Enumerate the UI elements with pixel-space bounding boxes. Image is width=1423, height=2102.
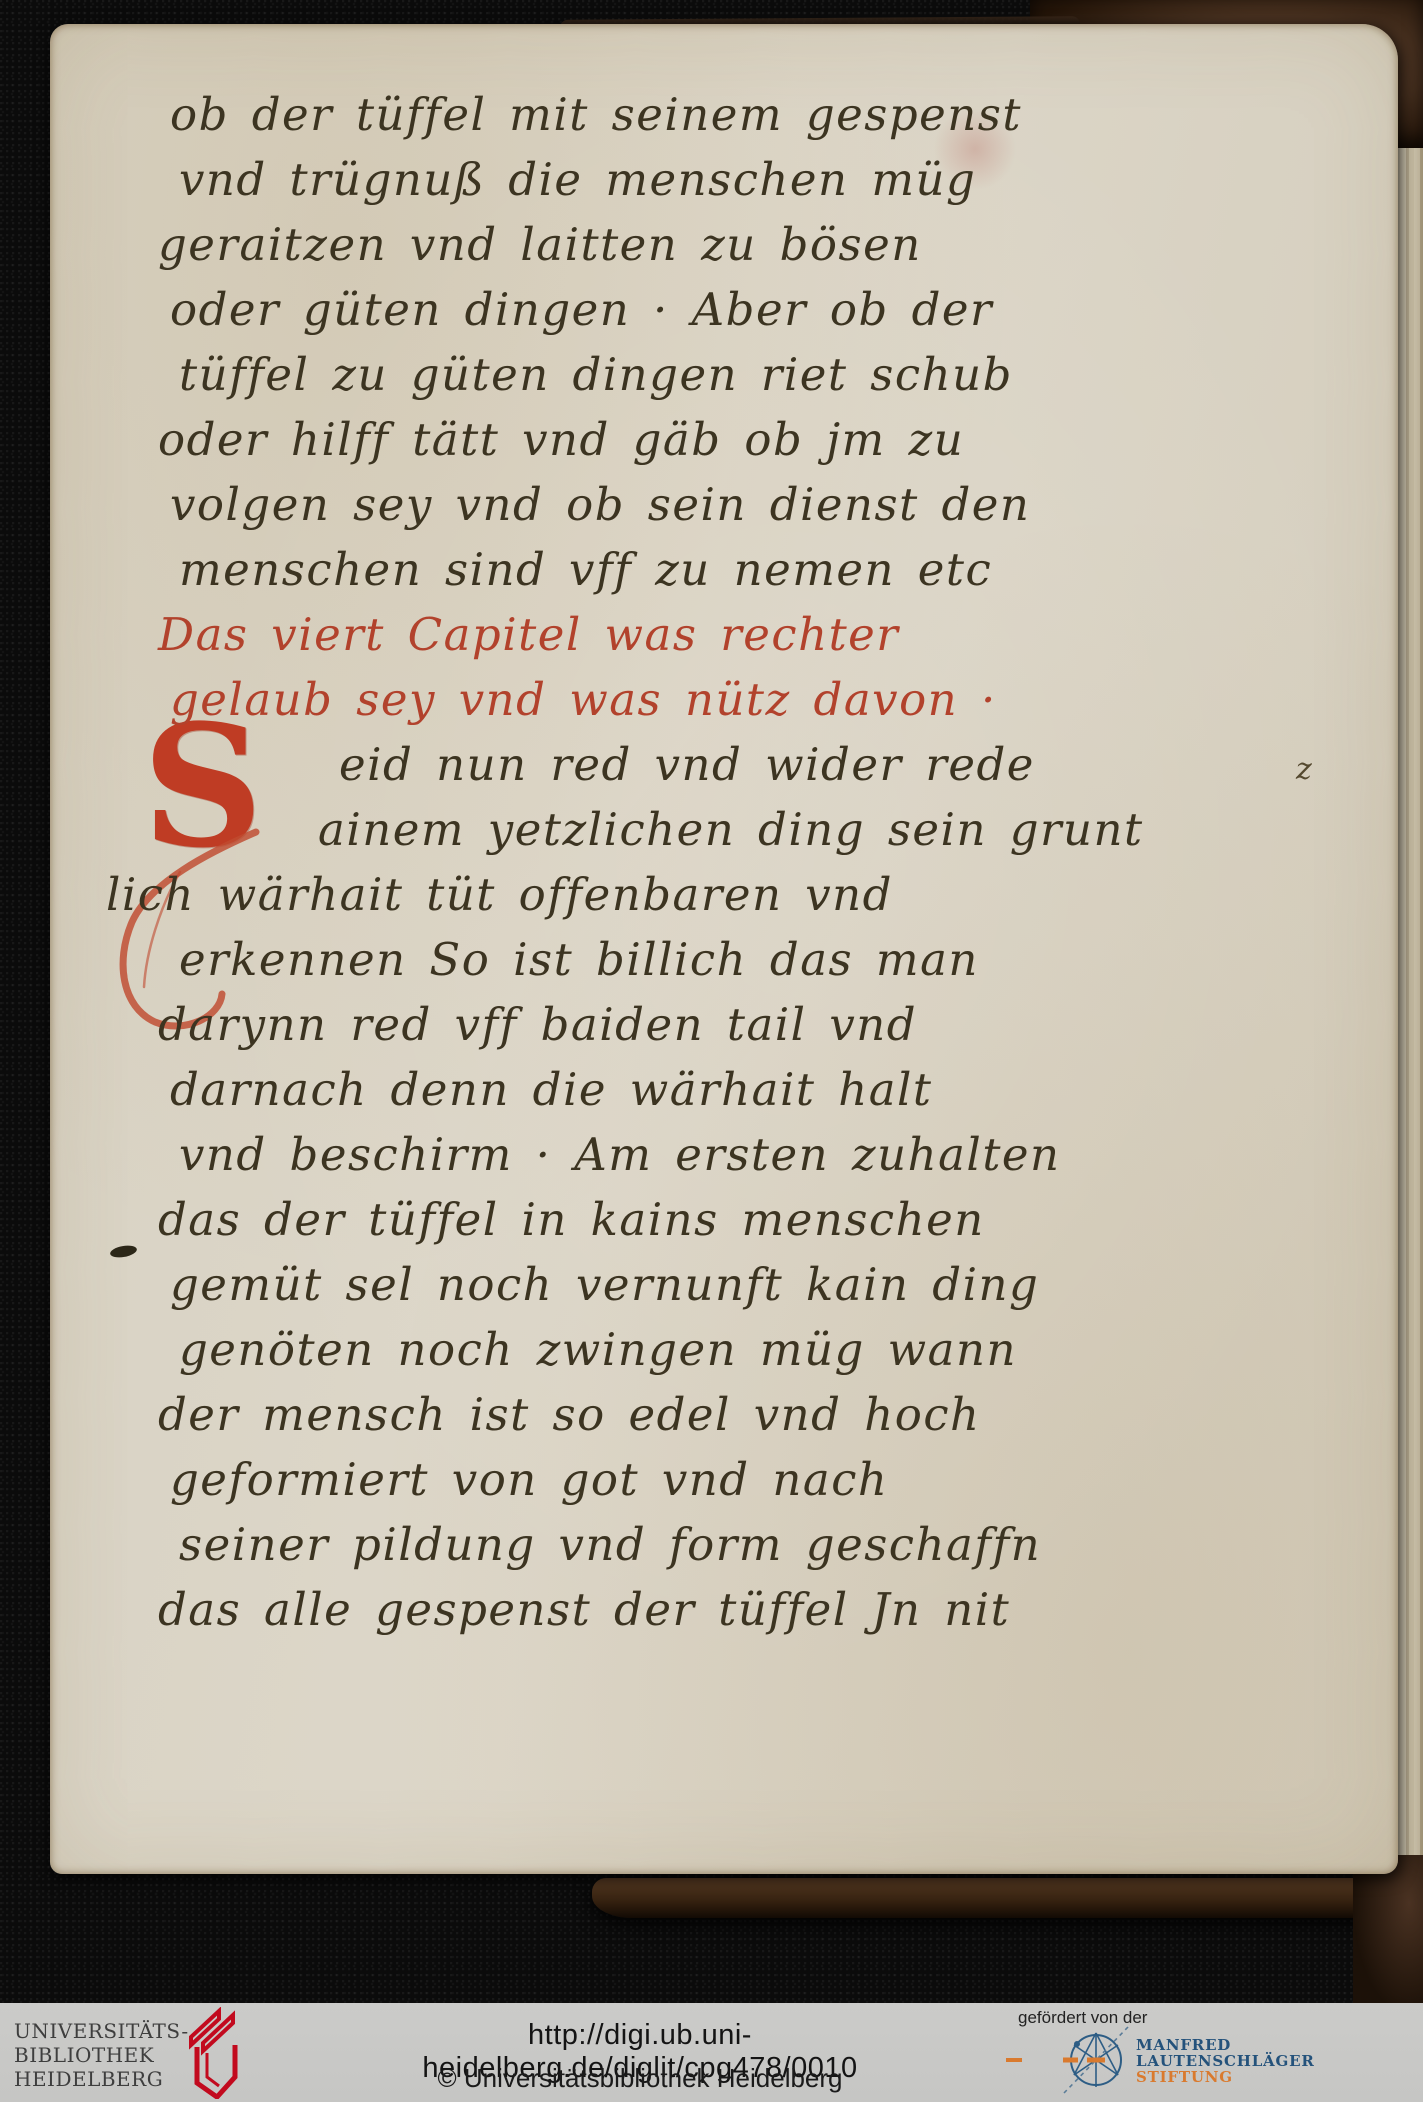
manuscript-line: tüffel zu güten dingen riet schub bbox=[179, 342, 1270, 407]
library-name: UNIVERSITÄTS- BIBLIOTHEK HEIDELBERG bbox=[14, 2019, 189, 2091]
manuscript-line: genöten noch zwingen müg wann bbox=[179, 1317, 1270, 1382]
library-caption-bar: UNIVERSITÄTS- BIBLIOTHEK HEIDELBERG http… bbox=[0, 2003, 1423, 2102]
manuscript-line: geraitzen vnd laitten zu bösen bbox=[158, 212, 1270, 277]
margin-note: z bbox=[1296, 752, 1312, 787]
manuscript-line: das der tüffel in kains menschen bbox=[158, 1187, 1270, 1252]
foundation-name-line2: LAUTENSCHLÄGER bbox=[1136, 2053, 1315, 2069]
manuscript-line: volgen sey vnd ob sein dienst den bbox=[170, 472, 1270, 537]
manuscript-line: gemüt sel noch vernunft kain ding bbox=[170, 1252, 1270, 1317]
manuscript-text: ob der tüffel mit seinem gespenstvnd trü… bbox=[170, 82, 1270, 1642]
foundation-name-line1: MANFRED bbox=[1136, 2037, 1315, 2053]
manuscript-line: geformiert von got vnd nach bbox=[170, 1447, 1270, 1512]
library-name-line2: BIBLIOTHEK bbox=[14, 2043, 189, 2067]
caption-center: http://digi.ub.uni-heidelberg.de/diglit/… bbox=[355, 2003, 925, 2102]
manuscript-line: der mensch ist so edel vnd hoch bbox=[158, 1382, 1270, 1447]
manuscript-line: darnach denn die wärhait halt bbox=[170, 1057, 1270, 1122]
orange-dash-mark bbox=[1006, 2058, 1022, 2062]
manuscript-line: erkennen So ist billich das man bbox=[179, 927, 1270, 992]
manuscript-line: eid nun red vnd wider rede bbox=[179, 732, 1270, 797]
manuscript-line: vnd beschirm · Am ersten zuhalten bbox=[179, 1122, 1270, 1187]
library-name-line1: UNIVERSITÄTS- bbox=[14, 2019, 189, 2043]
manuscript-page: S ob der tüffel mit seinem gespenstvnd t… bbox=[50, 24, 1398, 1874]
manuscript-line: vnd trügnuß die menschen müg bbox=[179, 147, 1270, 212]
manuscript-line: gelaub sey vnd was nütz davon · bbox=[170, 667, 1270, 732]
manuscript-line: menschen sind vff zu nemen etc bbox=[179, 537, 1270, 602]
foundation-name: MANFRED LAUTENSCHLÄGER STIFTUNG bbox=[1136, 2037, 1315, 2085]
leather-binding-bottom-edge bbox=[592, 1878, 1423, 1918]
ub-heidelberg-logo bbox=[183, 2007, 245, 2099]
manuscript-line: seiner pildung vnd form geschaffn bbox=[179, 1512, 1270, 1577]
manuscript-line: oder güten dingen · Aber ob der bbox=[170, 277, 1270, 342]
manuscript-line: ob der tüffel mit seinem gespenst bbox=[170, 82, 1270, 147]
manuscript-line: darynn red vff baiden tail vnd bbox=[158, 992, 1270, 1057]
lautenschlaeger-stiftung-logo bbox=[1060, 2023, 1130, 2097]
leather-binding-bottom-right bbox=[1353, 1855, 1423, 2015]
manuscript-line: ainem yetzlichen ding sein grunt bbox=[158, 797, 1270, 862]
digitized-manuscript-photo: S ob der tüffel mit seinem gespenstvnd t… bbox=[0, 0, 1423, 2102]
library-name-line3: HEIDELBERG bbox=[14, 2067, 189, 2091]
ink-blot bbox=[109, 1244, 137, 1260]
manuscript-line: das alle gespenst der tüffel Jn nit bbox=[158, 1577, 1270, 1642]
copyright-notice: © Universitätsbibliothek Heidelberg bbox=[355, 2063, 925, 2094]
foundation-name-line3: STIFTUNG bbox=[1136, 2069, 1315, 2085]
manuscript-line: Das viert Capitel was rechter bbox=[158, 602, 1270, 667]
manuscript-line: oder hilff tätt vnd gäb ob jm zu bbox=[158, 407, 1270, 472]
manuscript-line: lich wärhait tüt offenbaren vnd bbox=[106, 862, 1270, 927]
